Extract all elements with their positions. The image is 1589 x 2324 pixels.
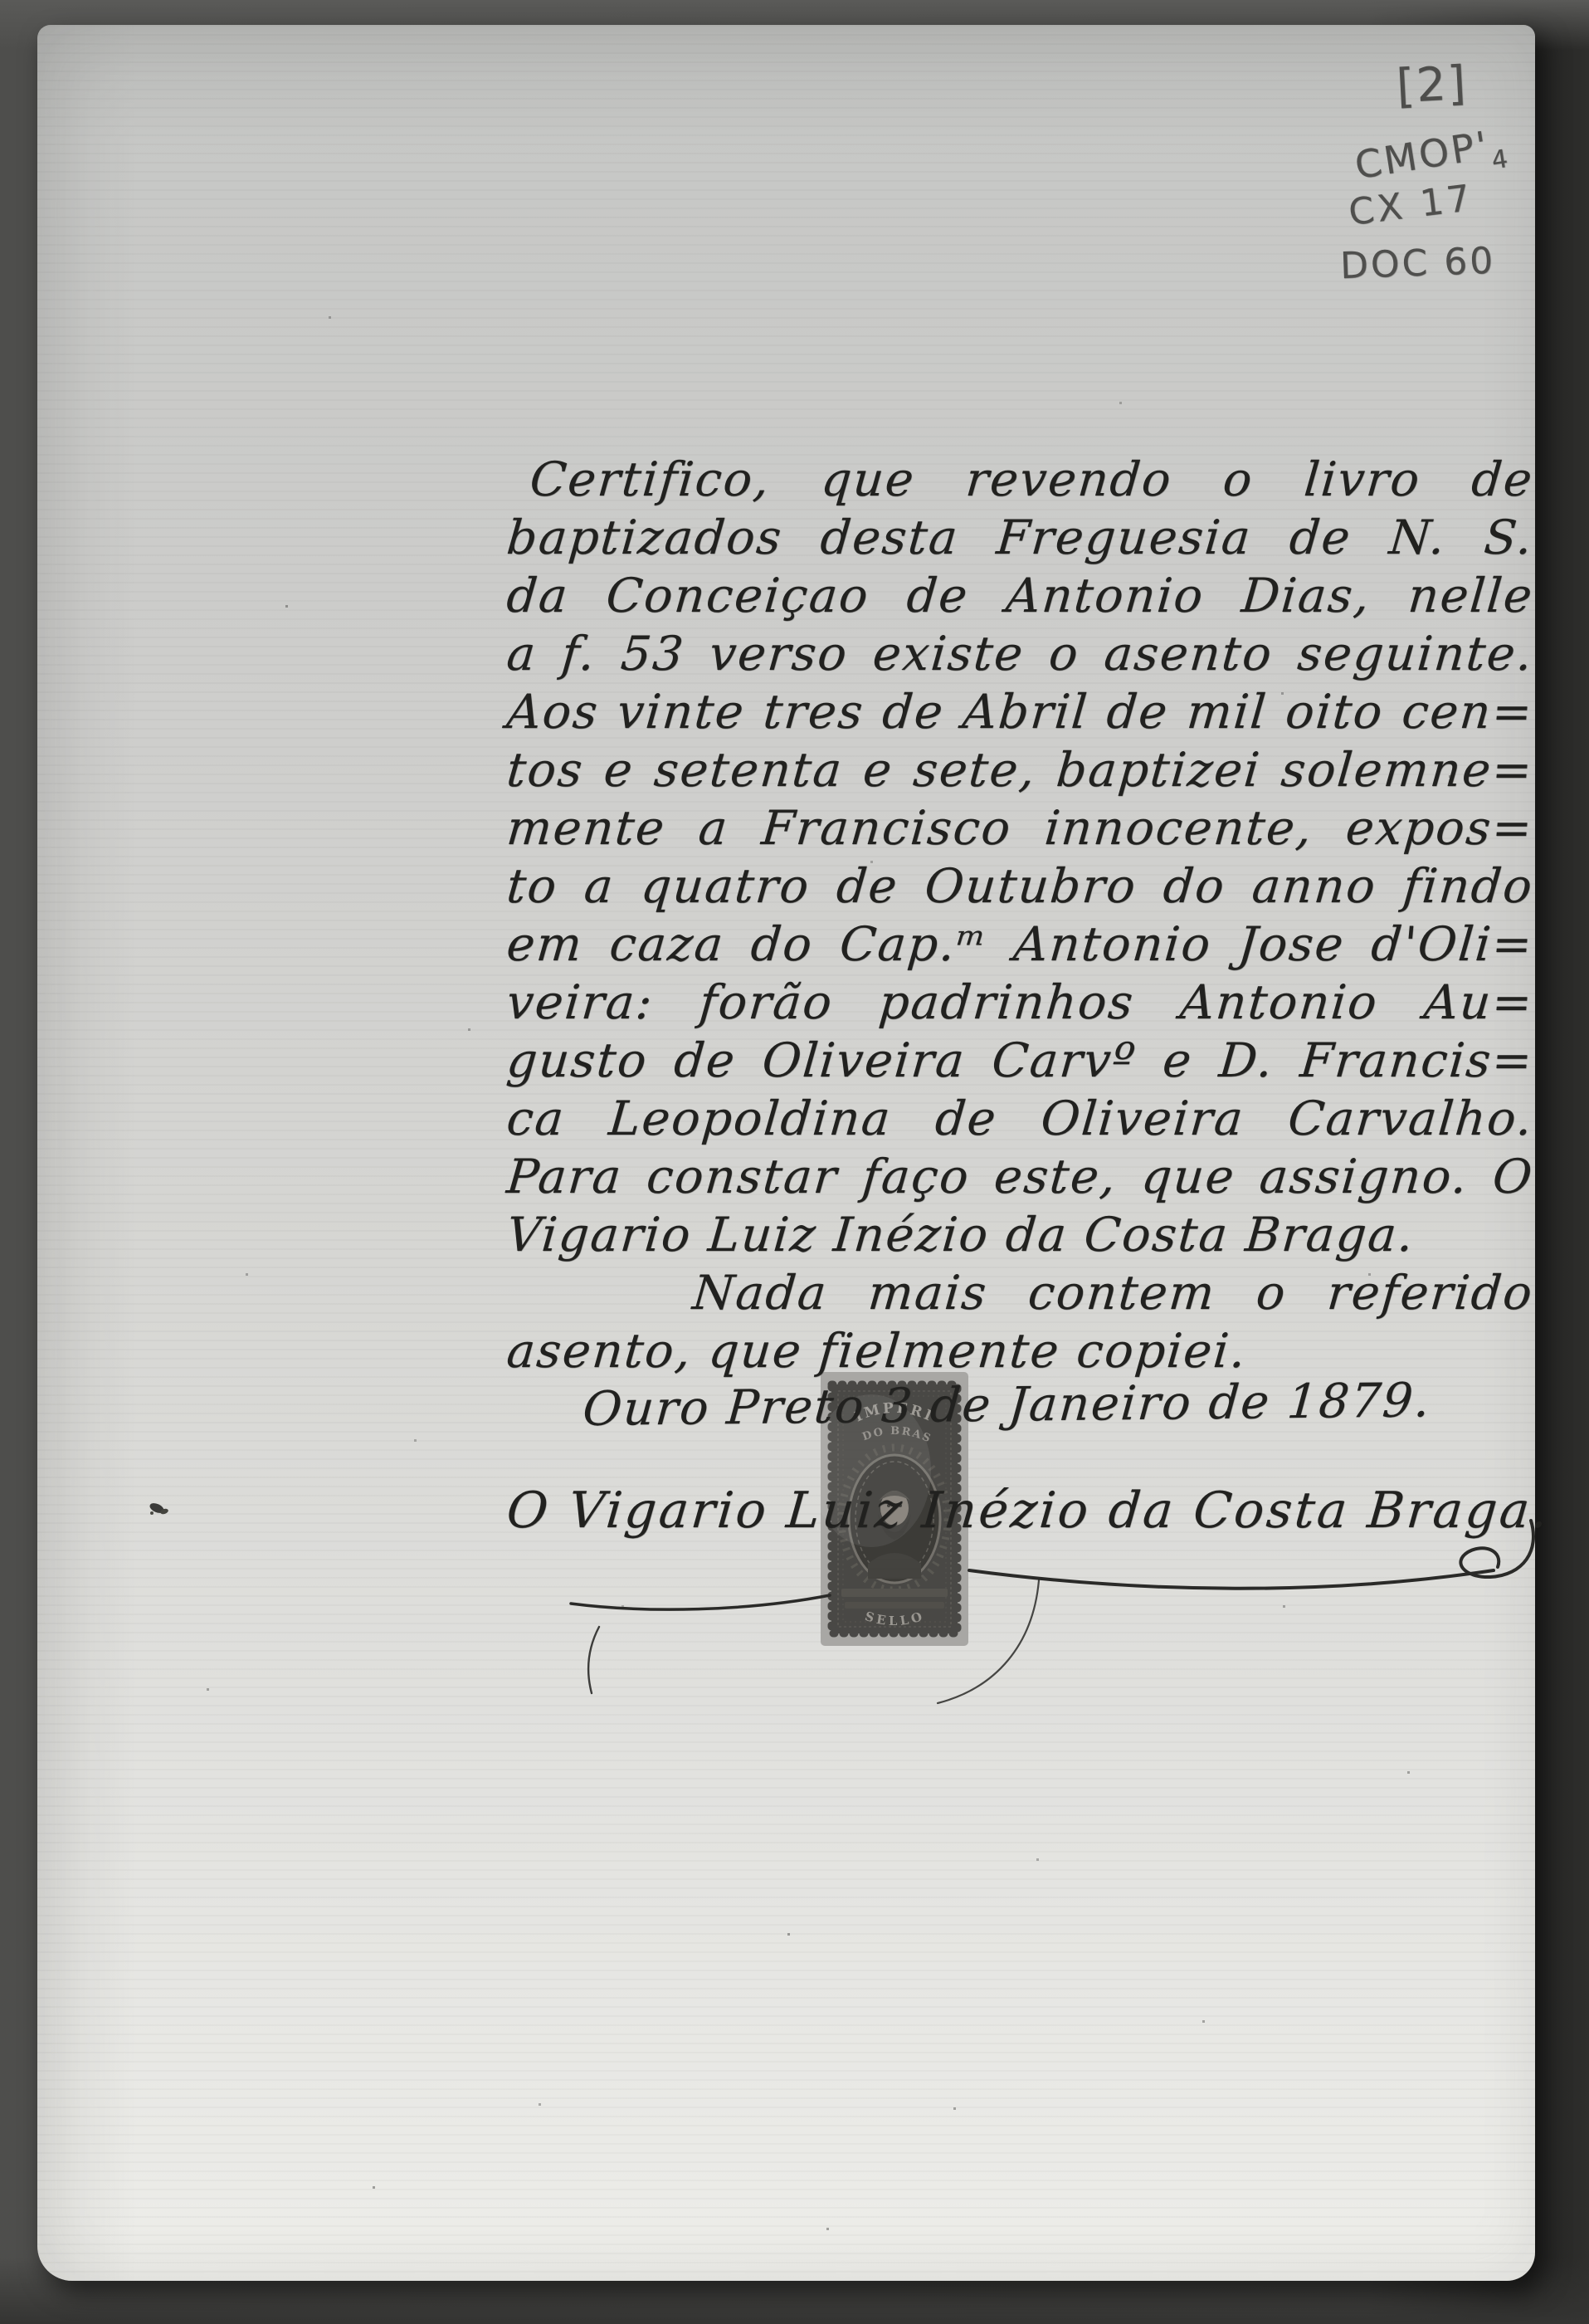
certificate-line: asento, que fielmente copiei. — [504, 1324, 1250, 1379]
certificate-line: gusto de Oliveira Carvº e D. Francis= — [504, 1033, 1536, 1088]
archival-document-label: DOC 60 — [1339, 240, 1496, 288]
certificate-line: a f. 53 verso existe o asento seguinte. — [504, 627, 1536, 681]
certificate-line: tos e setenta e sete, baptizei solemne= — [504, 743, 1536, 798]
signature-flourish — [498, 1469, 1568, 2050]
vicar-signature: O Vigario Luiz Inézio da Costa Braga. — [504, 1482, 1552, 1540]
certificate-line: ca Leopoldina de Oliveira Carvalho. — [504, 1091, 1536, 1146]
certificate-line: Para constar faço este, que assigno. O — [504, 1150, 1536, 1204]
paper-speckles — [37, 25, 38, 26]
certificate-line: Vigario Luiz Inézio da Costa Braga. — [504, 1208, 1417, 1262]
certificate-line: em caza do Cap.ᵐ Antonio Jose d'Oli= — [504, 917, 1536, 972]
certificate-line: baptizados desta Freguesia de N. S. — [504, 510, 1536, 565]
certificate-line: Aos vinte tres de Abril de mil oito cen= — [504, 685, 1536, 740]
certificate-line: mente a Francisco innocente, expos= — [504, 801, 1536, 856]
document-paper: [2] CMOP'4 CX 17 DOC 60 IMPERIO DO BRASI… — [37, 25, 1535, 2281]
ink-smudge — [145, 1498, 173, 1520]
archival-leaf-number: [2] — [1395, 56, 1469, 114]
certificate-line: Certifico, que revendo o livro de — [528, 452, 1536, 507]
stamp-bottom-panel — [841, 1589, 948, 1597]
stamp-bottom-panel-2 — [845, 1602, 944, 1609]
archival-collection-index: 4 — [1489, 144, 1512, 176]
certificate-line: veira: forão padrinhos Antonio Au= — [504, 975, 1536, 1030]
certificate-line: to a quatro de Outubro do anno findo — [504, 859, 1536, 914]
certificate-line: Nada mais contem o referido — [690, 1266, 1536, 1321]
scanned-document-scene: [2] CMOP'4 CX 17 DOC 60 IMPERIO DO BRASI… — [0, 0, 1589, 2324]
certificate-date-line: Ouro Preto 3 de Janeiro de 1879. — [581, 1373, 1433, 1437]
certificate-line: da Conceiçao de Antonio Dias, nelle — [504, 569, 1536, 623]
